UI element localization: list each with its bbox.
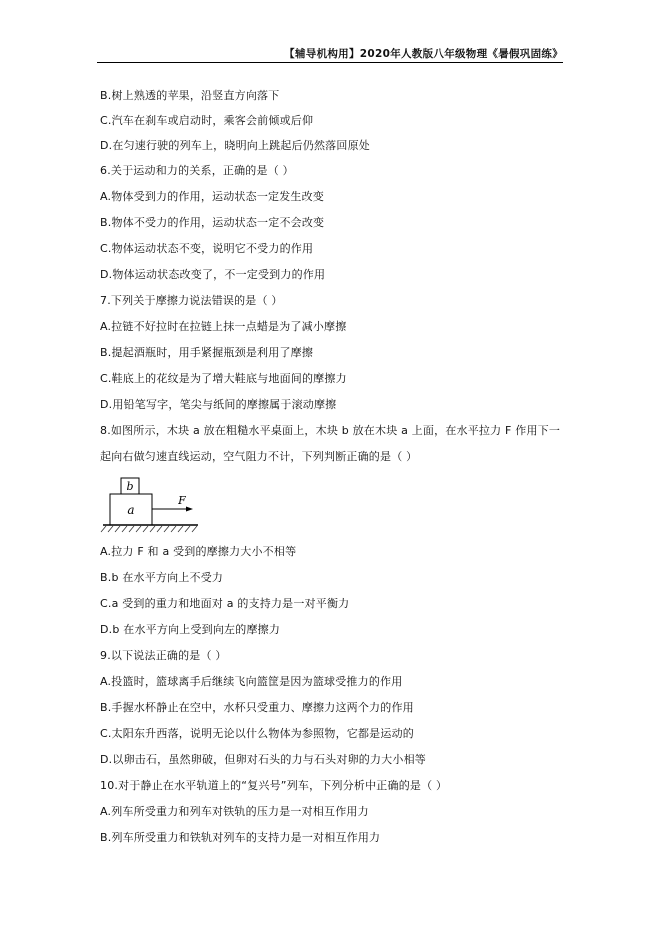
text-line: B.树上熟透的苹果，沿竖直方向落下 xyxy=(100,89,279,103)
text-line: B.物体不受力的作用，运动状态一定不会改变 xyxy=(100,216,324,230)
block-force-diagram: b a F xyxy=(100,474,210,534)
text-line: 9.以下说法正确的是（ ） xyxy=(100,649,227,663)
text-line: D.物体运动状态改变了，不一定受到力的作用 xyxy=(100,268,325,282)
block-a-label: a xyxy=(127,503,134,517)
text-line: A.投篮时，篮球离手后继续飞向篮筐是因为篮球受推力的作用 xyxy=(100,675,402,689)
text-line: A.拉力 F 和 a 受到的摩擦力大小不相等 xyxy=(100,545,296,559)
header-divider xyxy=(97,62,563,63)
text-line: B.手握水杯静止在空中，水杯只受重力、摩擦力这两个力的作用 xyxy=(100,701,414,715)
text-line: D.在匀速行驶的列车上，晓明向上跳起后仍然落回原处 xyxy=(100,139,370,153)
text-line: A.列车所受重力和列车对铁轨的压力是一对相互作用力 xyxy=(100,805,369,819)
text-line: C.鞋底上的花纹是为了增大鞋底与地面间的摩擦力 xyxy=(100,372,347,386)
text-line: 10.对于静止在水平轨道上的“复兴号”列车，下列分析中正确的是（ ） xyxy=(100,779,447,793)
text-line: C.物体运动状态不变，说明它不受力的作用 xyxy=(100,242,313,256)
force-f-label: F xyxy=(177,494,186,507)
text-line: 起向右做匀速直线运动，空气阻力不计，下列判断正确的是（ ） xyxy=(100,450,417,464)
text-line: A.拉链不好拉时在拉链上抹一点蜡是为了减小摩擦 xyxy=(100,320,346,334)
text-line: D.b 在水平方向上受到向左的摩擦力 xyxy=(100,623,280,637)
text-line: D.以卵击石，虽然卵破，但卵对石头的力与石头对卵的力大小相等 xyxy=(100,753,426,767)
text-line: B.列车所受重力和铁轨对列车的支持力是一对相互作用力 xyxy=(100,831,380,845)
text-line: C.太阳东升西落，说明无论以什么物体为参照物，它都是运动的 xyxy=(100,727,414,741)
text-line: 6.关于运动和力的关系，正确的是（ ） xyxy=(100,164,294,178)
text-line: C.a 受到的重力和地面对 a 的支持力是一对平衡力 xyxy=(100,597,349,611)
document-header-title: 【辅导机构用】2020年人教版八年级物理《暑假巩固练》 xyxy=(97,46,563,61)
text-line: C.汽车在刹车或启动时，乘客会前倾或后仰 xyxy=(100,114,313,128)
text-line: D.用铅笔写字，笔尖与纸间的摩擦属于滚动摩擦 xyxy=(100,398,336,412)
text-line: B.b 在水平方向上不受力 xyxy=(100,571,223,585)
text-line: 7.下列关于摩擦力说法错误的是（ ） xyxy=(100,294,283,308)
text-line: 8.如图所示，木块 a 放在粗糙水平桌面上，木块 b 放在木块 a 上面，在水平… xyxy=(100,424,560,438)
text-line: B.提起酒瓶时，用手紧握瓶颈是利用了摩擦 xyxy=(100,346,313,360)
block-b-label: b xyxy=(126,480,133,493)
text-line: A.物体受到力的作用，运动状态一定发生改变 xyxy=(100,190,324,204)
